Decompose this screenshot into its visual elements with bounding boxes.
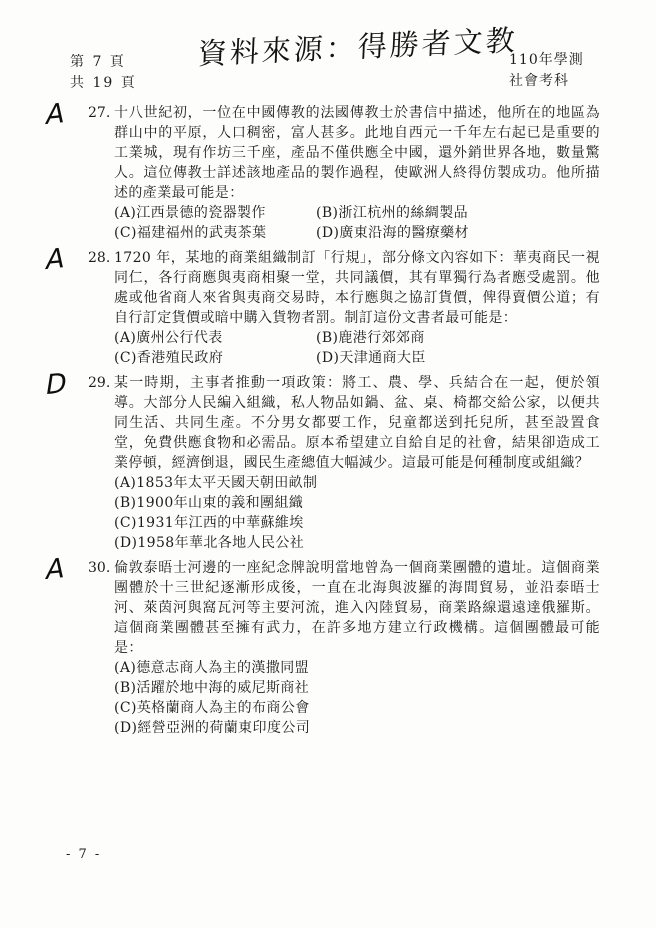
option-d: (D)廣東沿海的醫療藥材 xyxy=(316,223,604,243)
option-c: (C)香港殖民政府 xyxy=(114,348,316,368)
question-number: 28. xyxy=(88,248,114,268)
option-c: (C)福建福州的武夷茶葉 xyxy=(114,223,316,243)
question-body: 某一時期，主事者推動一項政策：將工、農、學、兵結合在一起，便於領導。大部分人民編… xyxy=(114,373,600,473)
questions-area: A 27. 十八世紀初，一位在中國傳教的法國傳教士於書信中描述，他所在的地區為群… xyxy=(88,103,604,743)
exam-title-year: 110年學測 xyxy=(509,50,584,71)
option-b: (B)鹿港行郊郊商 xyxy=(316,328,604,348)
option-a: (A)江西景德的瓷器製作 xyxy=(114,203,316,223)
question-body: 倫敦泰晤士河邊的一座紀念牌說明當地曾為一個商業團體的遺址。這個商業團體於十三世紀… xyxy=(114,558,600,658)
option-c: (C)英格蘭商人為主的布商公會 xyxy=(114,698,604,718)
page-indicator-total: 共 19 頁 xyxy=(70,73,137,94)
question-text-row: 29. 某一時期，主事者推動一項政策：將工、農、學、兵結合在一起，便於領導。大部… xyxy=(88,373,604,473)
handwritten-source-note: 資料來源：得勝者文教 xyxy=(197,19,499,73)
exam-page: 第 7 頁 共 19 頁 資料來源：得勝者文教 110年學測 社會考科 A 27… xyxy=(0,0,656,928)
option-a: (A)1853年太平天國天朝田畝制 xyxy=(114,473,604,493)
option-d: (D)天津通商大臣 xyxy=(316,348,604,368)
option-b: (B)活躍於地中海的威尼斯商社 xyxy=(114,678,604,698)
handwritten-answer-mark: A xyxy=(46,243,65,276)
option-b: (B)浙江杭州的絲綢製品 xyxy=(316,203,604,223)
page-indicator-current: 第 7 頁 xyxy=(70,52,137,73)
handwritten-answer-mark: D xyxy=(46,368,68,401)
footer-page-number: - 7 - xyxy=(66,847,101,862)
question-text-row: 30. 倫敦泰晤士河邊的一座紀念牌說明當地曾為一個商業團體的遺址。這個商業團體於… xyxy=(88,558,604,658)
option-d: (D)1958年華北各地人民公社 xyxy=(114,533,604,553)
handwritten-answer-mark: A xyxy=(46,553,65,586)
question-29: D 29. 某一時期，主事者推動一項政策：將工、農、學、兵結合在一起，便於領導。… xyxy=(88,373,604,553)
question-number: 27. xyxy=(88,103,114,123)
option-a: (A)廣州公行代表 xyxy=(114,328,316,348)
page-indicator: 第 7 頁 共 19 頁 xyxy=(70,52,137,94)
question-text-row: 28. 1720 年，某地的商業組織制訂「行規」，部分條文內容如下：華夷商民一視… xyxy=(88,248,604,328)
question-body: 十八世紀初，一位在中國傳教的法國傳教士於書信中描述，他所在的地區為群山中的平原，… xyxy=(114,103,600,203)
option-b: (B)1900年山東的義和團組織 xyxy=(114,493,604,513)
question-options: (A)德意志商人為主的漢撒同盟 (B)活躍於地中海的威尼斯商社 (C)英格蘭商人… xyxy=(114,658,604,738)
option-a: (A)德意志商人為主的漢撒同盟 xyxy=(114,658,604,678)
exam-title-subject: 社會考科 xyxy=(509,71,584,92)
question-options: (A)江西景德的瓷器製作 (B)浙江杭州的絲綢製品 (C)福建福州的武夷茶葉 (… xyxy=(114,203,604,243)
option-c: (C)1931年江西的中華蘇維埃 xyxy=(114,513,604,533)
exam-title: 110年學測 社會考科 xyxy=(509,50,584,92)
option-d: (D)經營亞洲的荷蘭東印度公司 xyxy=(114,718,604,738)
question-body: 1720 年，某地的商業組織制訂「行規」，部分條文內容如下：華夷商民一視同仁，各… xyxy=(114,248,600,328)
question-options: (A)1853年太平天國天朝田畝制 (B)1900年山東的義和團組織 (C)19… xyxy=(114,473,604,553)
handwritten-answer-mark: A xyxy=(46,98,65,131)
question-number: 29. xyxy=(88,373,114,393)
question-28: A 28. 1720 年，某地的商業組織制訂「行規」，部分條文內容如下：華夷商民… xyxy=(88,248,604,368)
question-options: (A)廣州公行代表 (B)鹿港行郊郊商 (C)香港殖民政府 (D)天津通商大臣 xyxy=(114,328,604,368)
question-27: A 27. 十八世紀初，一位在中國傳教的法國傳教士於書信中描述，他所在的地區為群… xyxy=(88,103,604,243)
question-text-row: 27. 十八世紀初，一位在中國傳教的法國傳教士於書信中描述，他所在的地區為群山中… xyxy=(88,103,604,203)
question-30: A 30. 倫敦泰晤士河邊的一座紀念牌說明當地曾為一個商業團體的遺址。這個商業團… xyxy=(88,558,604,738)
question-number: 30. xyxy=(88,558,114,578)
